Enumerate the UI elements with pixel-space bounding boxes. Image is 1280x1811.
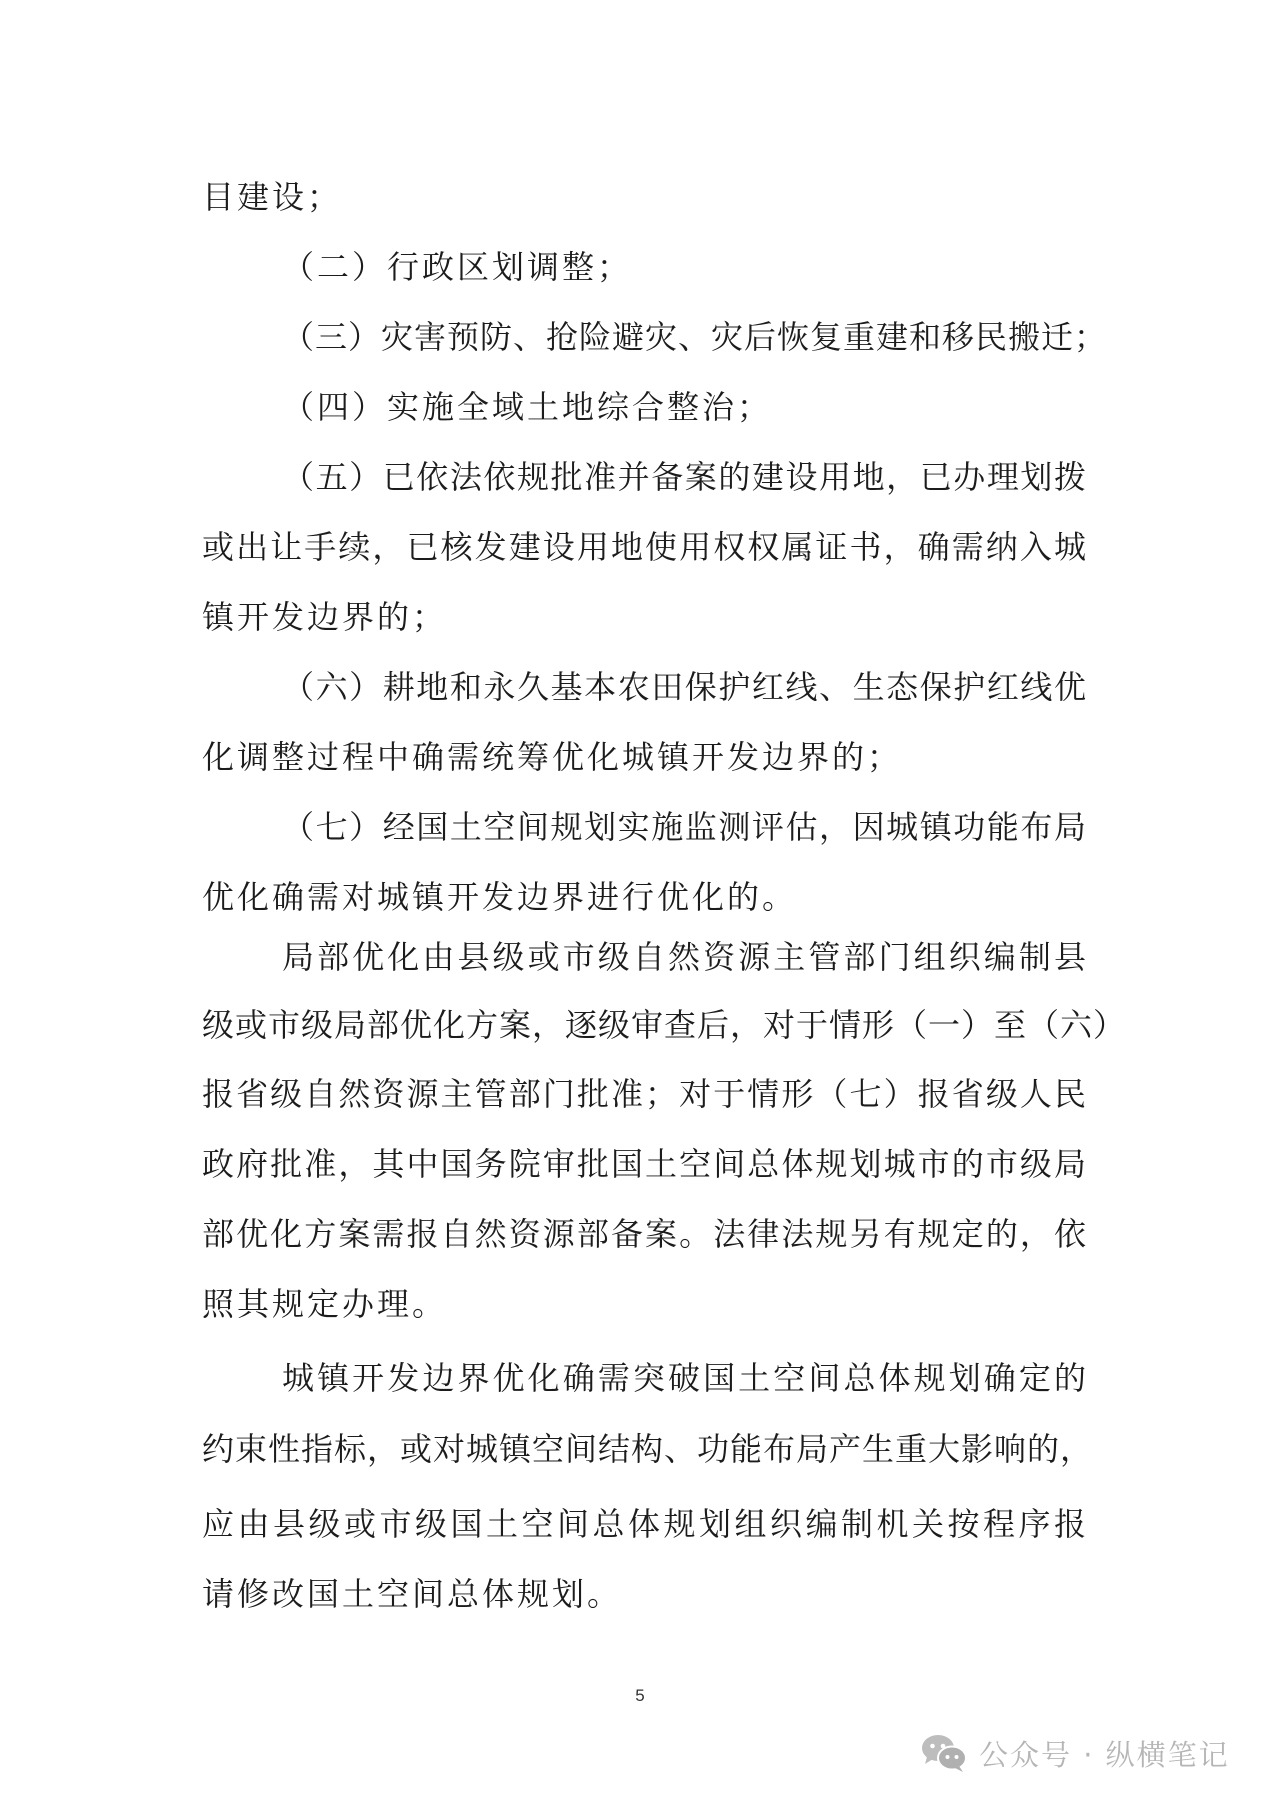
text-line: 级或市级局部优化方案，逐级审查后，对于情形（一）至（六） xyxy=(202,1003,1087,1047)
text-line: （六）耕地和永久基本农田保护红线、生态保护红线优 xyxy=(282,665,1087,709)
text-line: 镇开发边界的； xyxy=(202,595,1087,639)
text-line: 化调整过程中确需统筹优化城镇开发边界的； xyxy=(202,735,1087,779)
text-line: 应由县级或市级国土空间总体规划组织编制机关按程序报 xyxy=(202,1502,1087,1546)
watermark: 公众号 · 纵横笔记 xyxy=(921,1731,1230,1775)
text-line: 或出让手续，已核发建设用地使用权权属证书，确需纳入城 xyxy=(202,525,1087,569)
text-line: （二）行政区划调整； xyxy=(282,245,1087,289)
text-line: 目建设； xyxy=(202,175,1087,219)
text-line: 城镇开发边界优化确需突破国土空间总体规划确定的 xyxy=(282,1356,1087,1400)
text-line: （三）灾害预防、抢险避灾、灾后恢复重建和移民搬迁； xyxy=(282,315,1087,359)
wechat-icon xyxy=(921,1733,967,1773)
watermark-text: 公众号 · 纵横笔记 xyxy=(979,1733,1230,1774)
document-page: 目建设； （二）行政区划调整； （三）灾害预防、抢险避灾、灾后恢复重建和移民搬迁… xyxy=(0,0,1280,1811)
text-line: 政府批准，其中国务院审批国土空间总体规划城市的市级局 xyxy=(202,1142,1087,1186)
text-line: （五）已依法依规批准并备案的建设用地，已办理划拨 xyxy=(282,455,1087,499)
text-line: 优化确需对城镇开发边界进行优化的。 xyxy=(202,875,1087,919)
text-line: （四）实施全域土地综合整治； xyxy=(282,385,1087,429)
text-line: （七）经国土空间规划实施监测评估，因城镇功能布局 xyxy=(282,805,1087,849)
text-line: 约束性指标，或对城镇空间结构、功能布局产生重大影响的， xyxy=(202,1427,1087,1471)
text-line: 局部优化由县级或市级自然资源主管部门组织编制县 xyxy=(282,935,1087,979)
page-number: 5 xyxy=(630,1686,650,1706)
text-line: 照其规定办理。 xyxy=(202,1282,1087,1326)
text-line: 请修改国土空间总体规划。 xyxy=(202,1572,1087,1616)
text-line: 报省级自然资源主管部门批准；对于情形（七）报省级人民 xyxy=(202,1072,1087,1116)
text-line: 部优化方案需报自然资源部备案。法律法规另有规定的，依 xyxy=(202,1212,1087,1256)
